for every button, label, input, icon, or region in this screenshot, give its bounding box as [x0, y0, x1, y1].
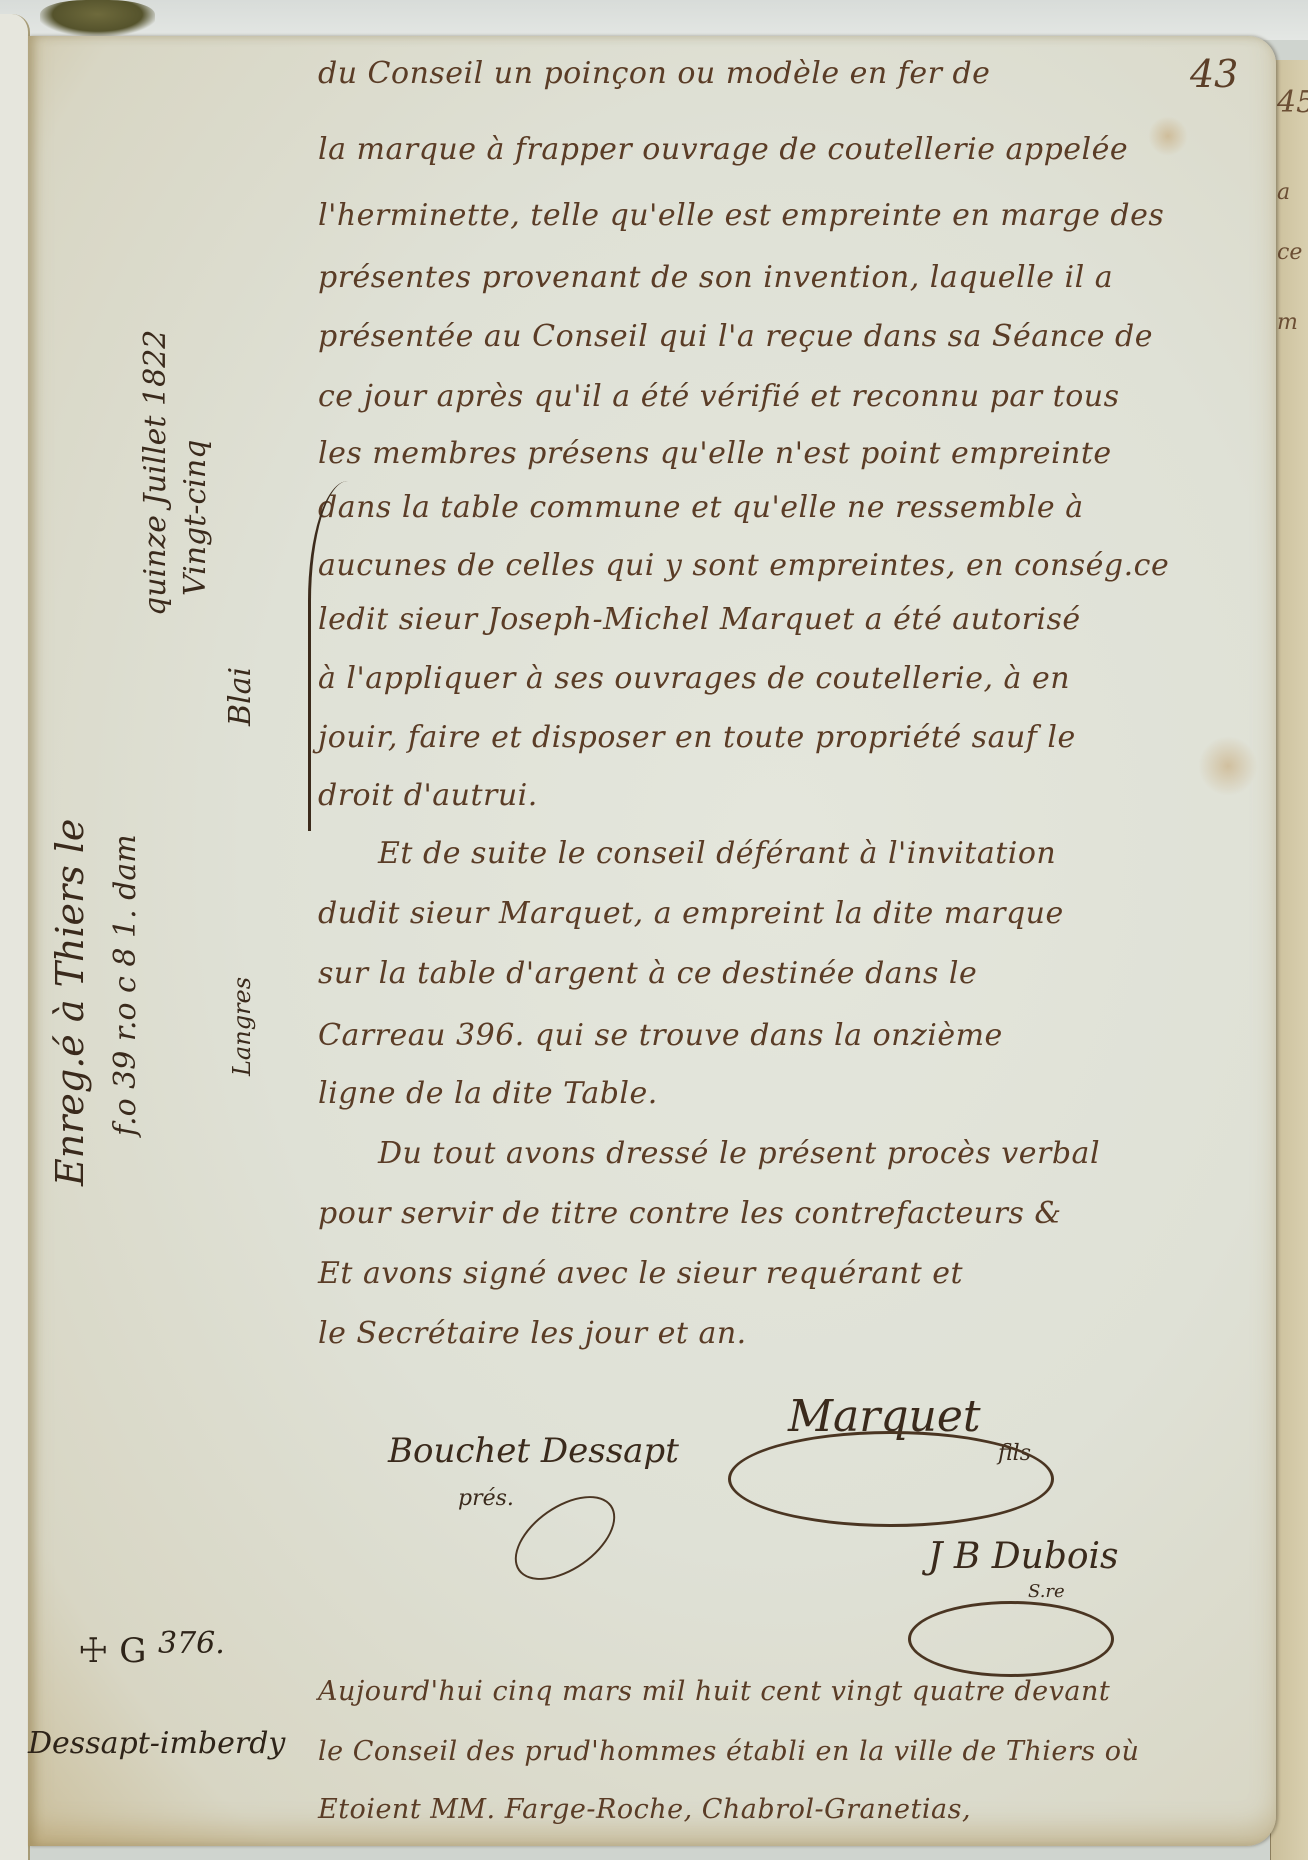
margin-note-rotated: Blai	[223, 667, 258, 726]
scan-background	[0, 0, 1308, 40]
margin-note-rotated: Langres	[228, 977, 256, 1076]
text-line: Du tout avons dressé le présent procès v…	[378, 1136, 1100, 1171]
next-entry-line: Etoient MM. Farge-Roche, Chabrol-Graneti…	[318, 1794, 971, 1825]
text-line: Carreau 396. qui se trouve dans la onziè…	[318, 1018, 1003, 1053]
signature-suffix: S.re	[1028, 1581, 1065, 1602]
text-line: ce jour après qu'il a été vérifié et rec…	[318, 379, 1120, 414]
text-line: présentée au Conseil qui l'a reçue dans …	[318, 319, 1153, 354]
adjacent-fragment: ce	[1277, 240, 1302, 265]
folio-number: 43	[1190, 52, 1238, 96]
binding-thread	[40, 0, 155, 36]
text-line: la marque à frapper ouvrage de couteller…	[318, 132, 1128, 167]
text-line: présentes provenant de son invention, la…	[318, 260, 1113, 295]
text-line: dans la table commune et qu'elle ne ress…	[318, 490, 1084, 525]
signature-flourish	[500, 1479, 630, 1597]
margin-bracket	[308, 481, 351, 831]
signature-title: prés.	[458, 1486, 514, 1511]
signature-bouchet-dessapt: Bouchet Dessapt	[388, 1431, 679, 1471]
margin-note-rotated: Vingt-cinq	[178, 440, 213, 596]
margin-note-rotated: Enreg.é à Thiers le	[48, 819, 92, 1186]
text-line: Et avons signé avec le sieur requérant e…	[318, 1256, 963, 1291]
text-line: aucunes de celles qui y sont empreintes,…	[318, 548, 1169, 583]
next-entry-line: le Conseil des prud'hommes établi en la …	[318, 1736, 1139, 1767]
text-line: le Secrétaire les jour et an.	[318, 1316, 747, 1351]
paper-stain	[1198, 736, 1258, 796]
adjacent-fragment: 45	[1277, 85, 1308, 120]
text-line: dudit sieur Marquet, a empreint la dite …	[318, 896, 1064, 931]
next-entry-line: Aujourd'hui cinq mars mil huit cent ving…	[318, 1676, 1110, 1707]
manuscript-page: 43 du Conseil un poinçon ou modèle en fe…	[28, 36, 1276, 1846]
adjacent-fragment: m	[1277, 310, 1298, 335]
signature-dubois: J B Dubois	[928, 1536, 1119, 1577]
mark-number: 376.	[158, 1626, 225, 1661]
paper-stain	[1148, 116, 1188, 156]
text-line: l'herminette, telle qu'elle est empreint…	[318, 198, 1164, 233]
text-line: ledit sieur Joseph-Michel Marquet a été …	[318, 602, 1081, 637]
text-line: à l'appliquer à ses ouvrages de coutelle…	[318, 661, 1070, 696]
text-line: du Conseil un poinçon ou modèle en fer d…	[318, 56, 990, 91]
previous-page-edge	[0, 14, 30, 1860]
adjacent-fragment: a	[1277, 180, 1290, 205]
mark-owner: Dessapt-imberdy	[28, 1726, 285, 1761]
text-line: ligne de la dite Table.	[318, 1076, 658, 1111]
signature-flourish	[728, 1431, 1054, 1527]
text-line: jouir, faire et disposer en toute propri…	[318, 720, 1076, 755]
mark-symbol: ☩ G	[78, 1631, 146, 1671]
text-line: sur la table d'argent à ce destinée dans…	[318, 956, 977, 991]
text-line: pour servir de titre contre les contrefa…	[318, 1196, 1062, 1231]
margin-note-rotated: quinze Juillet 1822	[138, 330, 173, 616]
text-line: Et de suite le conseil déférant à l'invi…	[378, 836, 1056, 871]
margin-note-rotated: f.o 39 r.o c 8 1. dam	[108, 834, 143, 1136]
text-line: les membres présens qu'elle n'est point …	[318, 436, 1112, 471]
signature-flourish	[908, 1601, 1114, 1677]
